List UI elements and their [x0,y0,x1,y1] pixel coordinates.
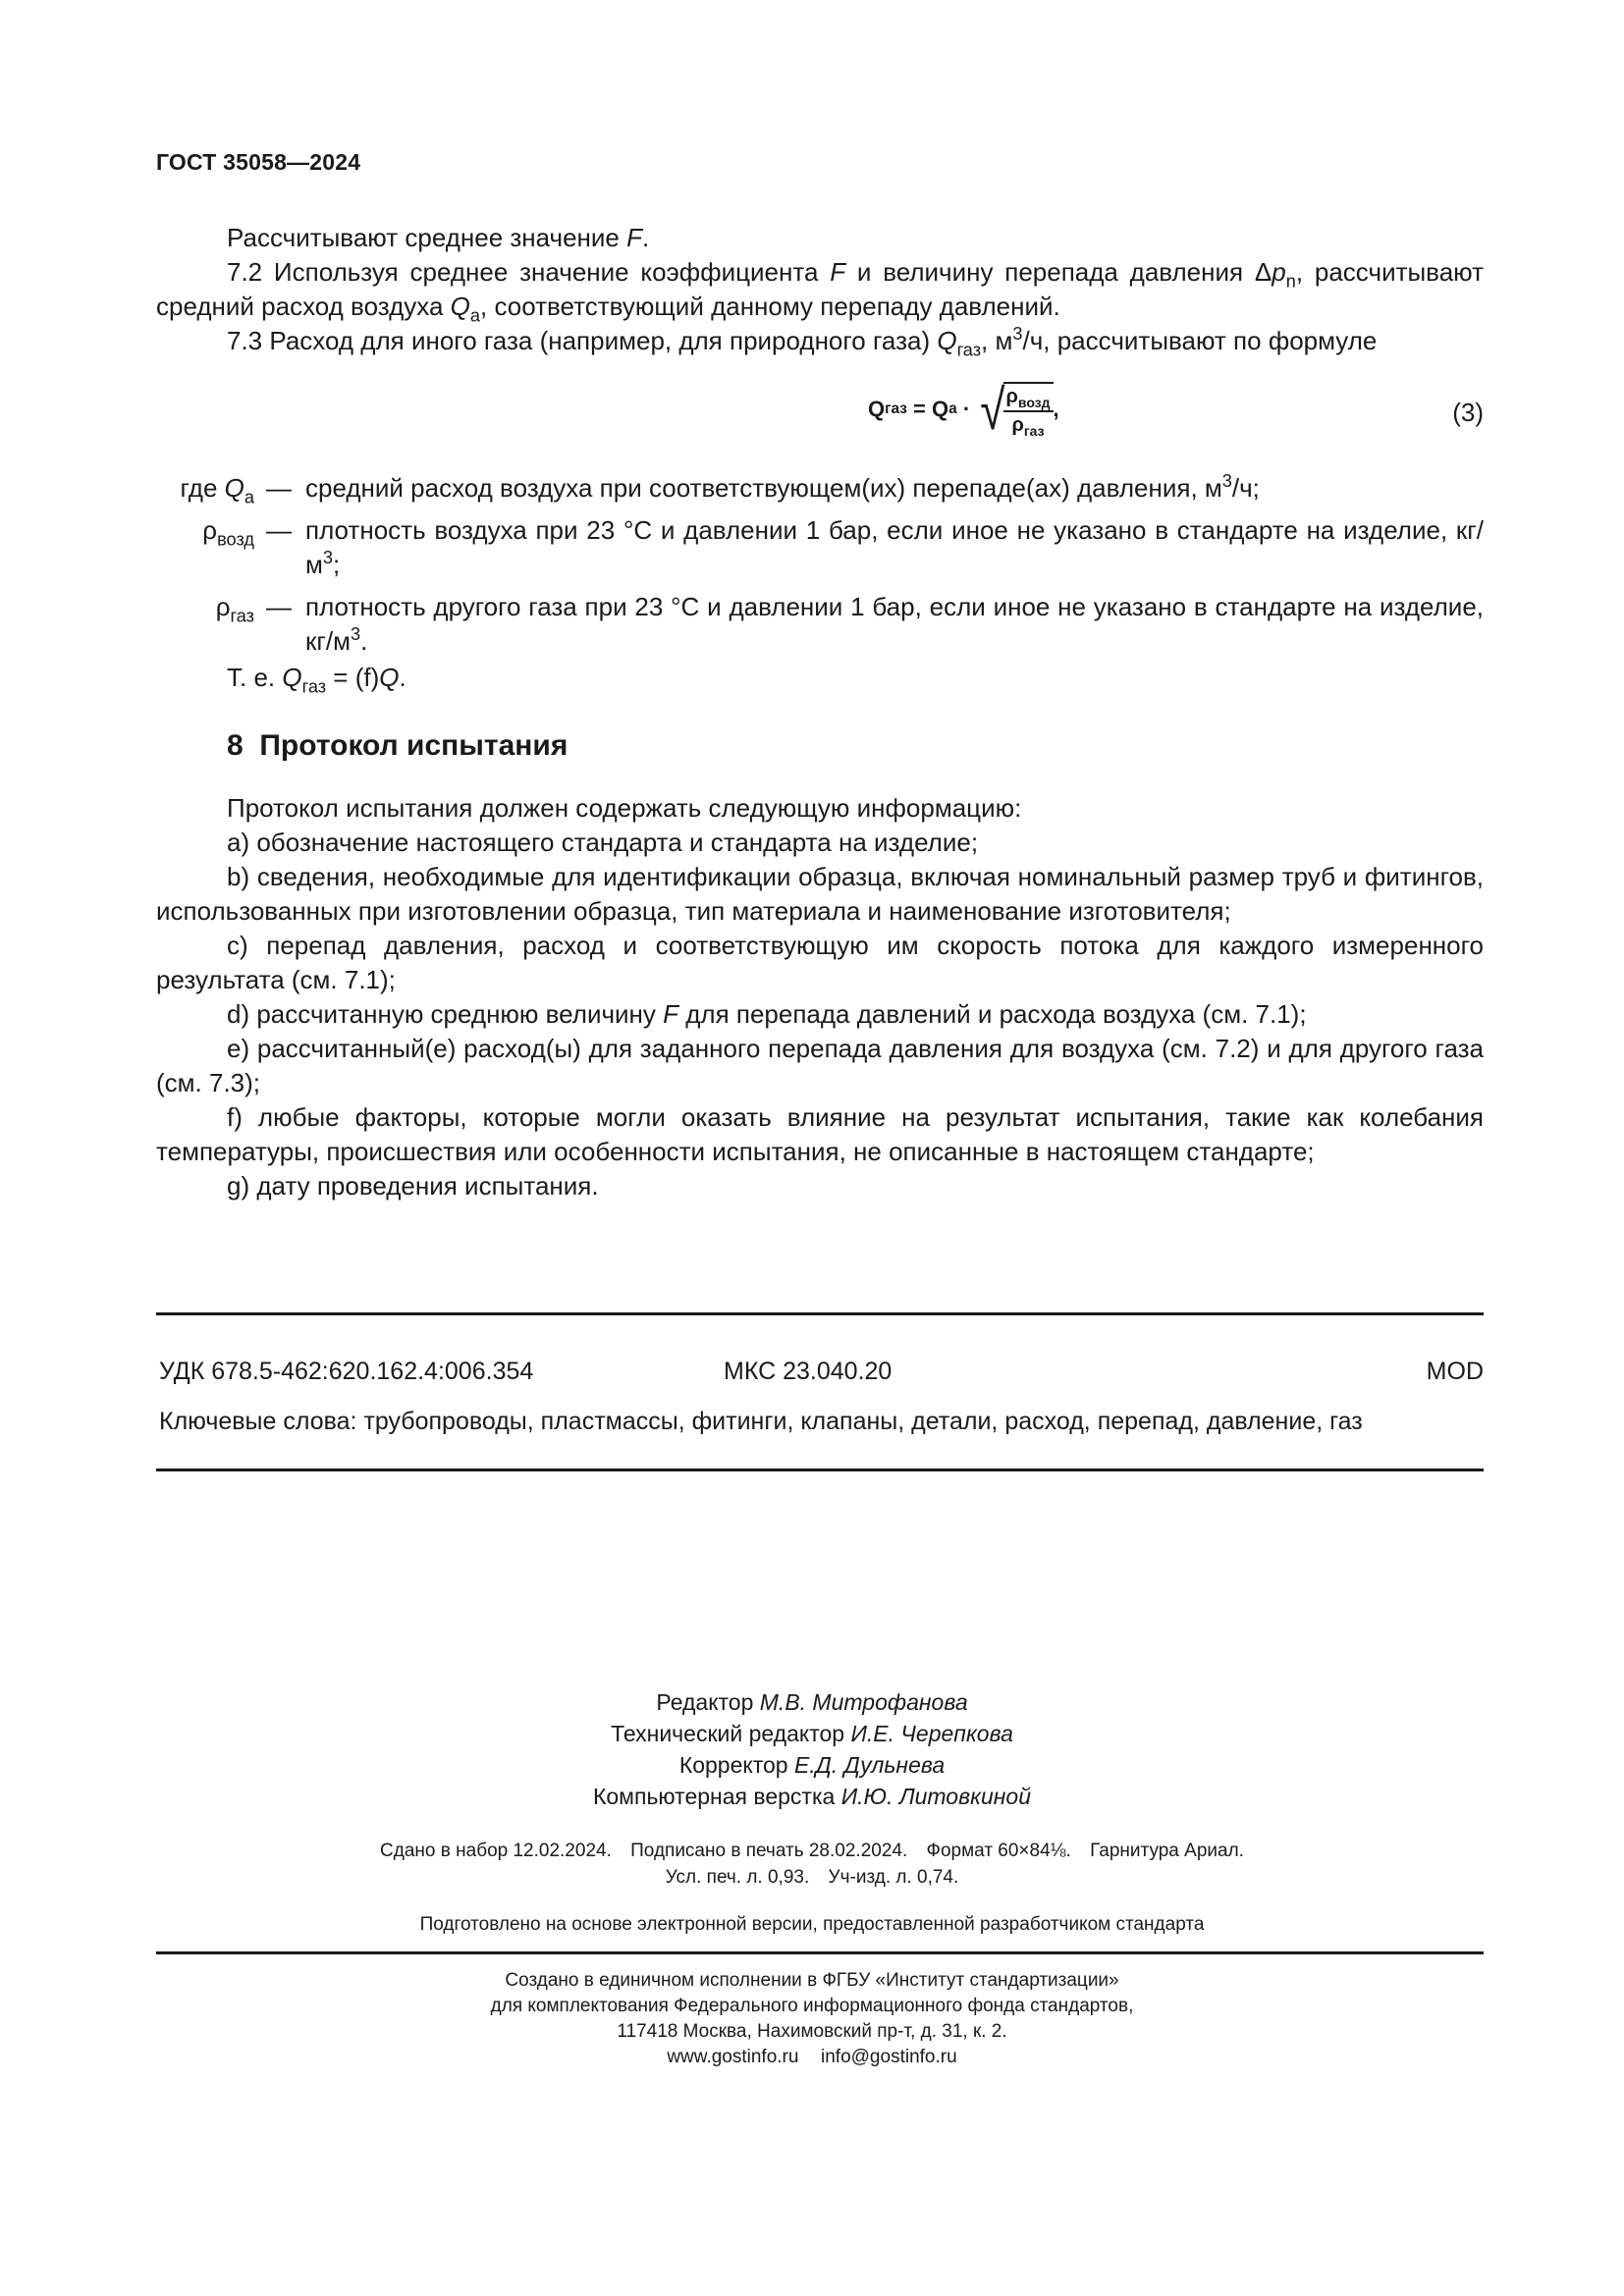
publishing-sheets: Уч-изд. л. 0,74. [829,1867,959,1888]
print-imprint: Сдано в набор 12.02.2024. Подписано в пе… [0,1838,1624,1891]
website-link[interactable]: www.gostinfo.ru [667,2047,798,2067]
publisher-info: Создано в единичном исполнении в ФГБУ «И… [0,1968,1624,2070]
i-e-statement: Т. е. Qгаз = (f)Q. [156,661,1484,695]
document-header-id: ГОСТ 35058—2024 [156,149,360,176]
paragraph-7-2: 7.2 Используя среднее значение коэффицие… [156,255,1484,324]
section-8-heading: 8 Протокол испытания [227,729,568,763]
keywords: Ключевые слова: трубопроводы, пластмассы… [159,1408,1484,1436]
publisher-line-2: для комплектования Федерального информац… [0,1994,1624,2019]
equation-number: (3) [1452,398,1484,428]
publisher-address: 117418 Москва, Нахимовский пр-т, д. 31, … [0,2019,1624,2045]
mod-label: MOD [1427,1358,1484,1386]
definition-row: ρвозд — плотность воздуха при 23 °С и да… [156,513,1484,582]
submitted-date: Сдано в набор 12.02.2024. [380,1841,612,1861]
typeface: Гарнитура Ариал. [1090,1841,1244,1861]
publisher-line-1: Создано в единичном исполнении в ФГБУ «И… [0,1968,1624,1994]
credit-tech-editor: Технический редактор И.Е. Черепкова [0,1718,1624,1749]
editorial-credits: Редактор М.В. Митрофанова Технический ре… [0,1686,1624,1812]
section-7-text: Рассчитывают среднее значение F. 7.2 Исп… [156,221,1484,358]
formula-expression: Qгаз = Qa · √ ρвозд ρгаз , [868,382,1059,437]
formula-3: Qгаз = Qa · √ ρвозд ρгаз , (3) [156,376,1484,454]
paragraph-7-3: 7.3 Расход для иного газа (например, для… [156,324,1484,358]
radical-sign-icon: √ [980,381,1004,438]
section-8-text: Протокол испытания должен содержать след… [156,791,1484,1203]
signed-date: Подписано в печать 28.02.2024. [630,1841,907,1861]
square-root: √ ρвозд ρгаз [980,382,1053,437]
credit-layout: Компьютерная верстка И.Ю. Литовкиной [0,1781,1624,1812]
print-sheets: Усл. печ. л. 0,93. [666,1867,810,1888]
classification-row: УДК 678.5-462:620.162.4:006.354 МКС 23.0… [159,1358,1484,1386]
list-item-b: b) сведения, необходимые для идентификац… [156,860,1484,929]
udk-code: УДК 678.5-462:620.162.4:006.354 [159,1358,724,1386]
credit-corrector: Корректор Е.Д. Дульнева [0,1749,1624,1781]
definition-row: где Qa — средний расход воздуха при соот… [156,471,1484,506]
definition-row: ρгаз — плотность другого газа при 23 °С … [156,590,1484,659]
list-item-g: g) дату проведения испытания. [156,1169,1484,1203]
list-item-a: a) обозначение настоящего стандарта и ст… [156,826,1484,860]
document-page: ГОСТ 35058—2024 Рассчитывают среднее зна… [0,0,1624,2296]
credit-editor: Редактор М.В. Митрофанова [0,1686,1624,1718]
email-link[interactable]: info@gostinfo.ru [821,2047,957,2067]
variable-definitions: где Qa — средний расход воздуха при соот… [156,471,1484,695]
prepared-note: Подготовлено на основе электронной верси… [0,1914,1624,1936]
paragraph-mean-f: Рассчитывают среднее значение F. [156,221,1484,255]
top-divider [156,1312,1484,1315]
list-item-e: e) рассчитанный(е) расход(ы) для заданно… [156,1032,1484,1100]
bottom-divider [156,1468,1484,1471]
list-item-f: f) любые факторы, которые могли оказать … [156,1100,1484,1169]
paper-format: Формат 60×84⅛. [927,1841,1071,1861]
section-8-intro: Протокол испытания должен содержать след… [156,791,1484,826]
publisher-divider [156,1951,1484,1954]
fraction: ρвозд ρгаз [1003,382,1054,437]
mks-code: МКС 23.040.20 [724,1358,1427,1386]
list-item-d: d) рассчитанную среднюю величину F для п… [156,997,1484,1032]
list-item-c: c) перепад давления, расход и соответств… [156,929,1484,997]
